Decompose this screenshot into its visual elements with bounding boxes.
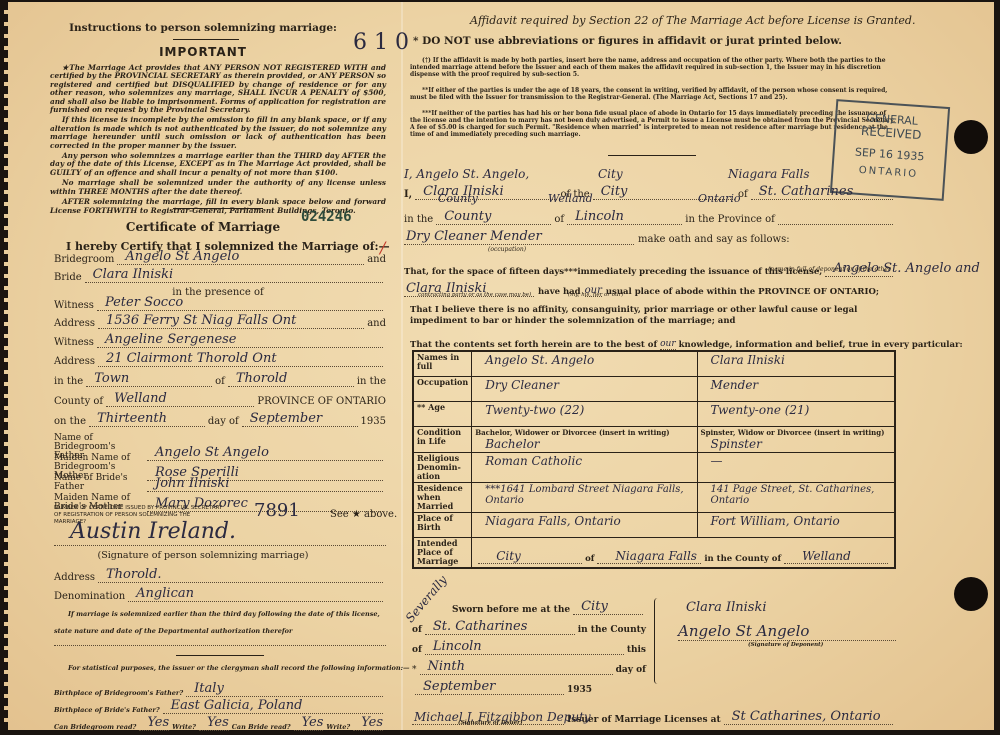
affidavit-notes: (†) If the affidavit is made by both par… xyxy=(410,57,896,138)
jurat-bracket xyxy=(654,598,661,684)
address2-field: Address21 Clairmont Thorold Ont xyxy=(54,352,386,367)
instructions-text: ★The Marriage Act provides that ANY PERS… xyxy=(50,64,386,217)
affidavit-title: Affidavit required by Section 22 of The … xyxy=(470,14,915,27)
marriage-license-document: Instructions to person solemnizing marri… xyxy=(4,2,994,730)
stat-note: For statistical purposes, the issuer or … xyxy=(68,664,410,672)
officiant-address-field: AddressThorold. xyxy=(54,568,386,583)
severally-note: Severally xyxy=(403,573,450,625)
table-row: ** AgeTwenty-two (22)Twenty-one (21) xyxy=(413,402,895,427)
margin-note: 6 1 0 xyxy=(353,30,409,55)
bride-father-field: Name of Bride's FatherJohn Ilniski xyxy=(54,474,386,492)
bridegroom-field: BridegroomAngelo St Angeloand xyxy=(54,250,386,265)
divider xyxy=(173,39,239,40)
instructions-title: Instructions to person solemnizing marri… xyxy=(8,22,398,34)
table-row: Condition in LifeBachelor, Widower or Di… xyxy=(413,427,895,453)
witness2-field: WitnessAngeline Sergenese xyxy=(54,333,386,348)
punch-hole-bottom xyxy=(954,577,988,611)
oath-occupation: Dry Cleaner Mendermake oath and say as f… xyxy=(404,230,896,245)
particulars-table: Names in fullAngelo St. AngeloClara Ilni… xyxy=(412,350,896,569)
deponent-signature-2: Angelo St Angelo xyxy=(678,622,809,640)
jurat-county: ofLincolnthis xyxy=(412,640,646,655)
witness1-field: WitnessPeter Socco xyxy=(54,296,386,311)
jurat-sworn: Sworn before me at theCity xyxy=(412,600,646,615)
table-row: Place of BirthNiagara Falls, OntarioFort… xyxy=(413,513,895,538)
oath-line-2: in theCountyofLincolnin the Province of xyxy=(404,210,896,225)
jurat-day: *Ninthday of xyxy=(412,660,646,675)
oath-that-2: That I believe there is no affinity, con… xyxy=(410,305,896,327)
bride-father-birthplace: Birthplace of Bride's Father?East Galici… xyxy=(54,699,386,714)
bride-field: BrideClara Ilniski xyxy=(54,268,386,283)
divider xyxy=(173,208,263,209)
groom-father-birthplace: Birthplace of Bridegroom's Father?Italy xyxy=(54,682,386,697)
county-field: County ofWellandPROVINCE OF ONTARIO xyxy=(54,392,386,407)
signature-label: (Signature of person solemnizing marriag… xyxy=(8,550,398,561)
date-field: on theThirteenthday ofSeptember1935 xyxy=(54,412,386,427)
early-note: If marriage is solemnized earlier than t… xyxy=(54,606,384,640)
literacy-field: Can Bridegroom read?Yes Write?Yes Can Br… xyxy=(54,716,386,731)
punch-hole-top xyxy=(954,120,988,154)
table-row: OccupationDry CleanerMender xyxy=(413,377,895,402)
denomination-field: DenominationAnglican xyxy=(54,587,386,602)
table-row: Residence when Married***1641 Lombard St… xyxy=(413,483,895,513)
place-field: in theTownofThoroldin the xyxy=(54,372,386,387)
bride-value: Clara Ilniski xyxy=(93,267,173,282)
table-row: Intended Place of Marriage CityofNiagara… xyxy=(413,538,895,569)
important-heading: IMPORTANT xyxy=(8,45,398,59)
deponent-signature-1: Clara Ilniski xyxy=(686,600,766,615)
jurat-city: ofSt. Catharinesin the County xyxy=(412,620,646,635)
address1-field: Address1536 Ferry St Niag Falls Ontand xyxy=(54,314,386,329)
table-row: Names in fullAngelo St. AngeloClara Ilni… xyxy=(413,351,895,377)
table-row: Religious Denomin-ationRoman Catholic— xyxy=(413,453,895,483)
officiant-signature: Austin Ireland. xyxy=(70,519,236,544)
oath-that-3: That the contents set forth herein are t… xyxy=(410,339,896,350)
fold-line xyxy=(401,2,403,730)
see-above: See ★ above. xyxy=(330,509,397,520)
warning-text: * DO NOT use abbreviations or figures in… xyxy=(413,35,842,47)
reg-number-value: 7891 xyxy=(254,500,300,521)
jurat-month: September1935 xyxy=(412,680,592,695)
certificate-title: Certificate of Marriage xyxy=(8,220,398,234)
bridegroom-value: Angelo St Angelo xyxy=(125,249,239,264)
